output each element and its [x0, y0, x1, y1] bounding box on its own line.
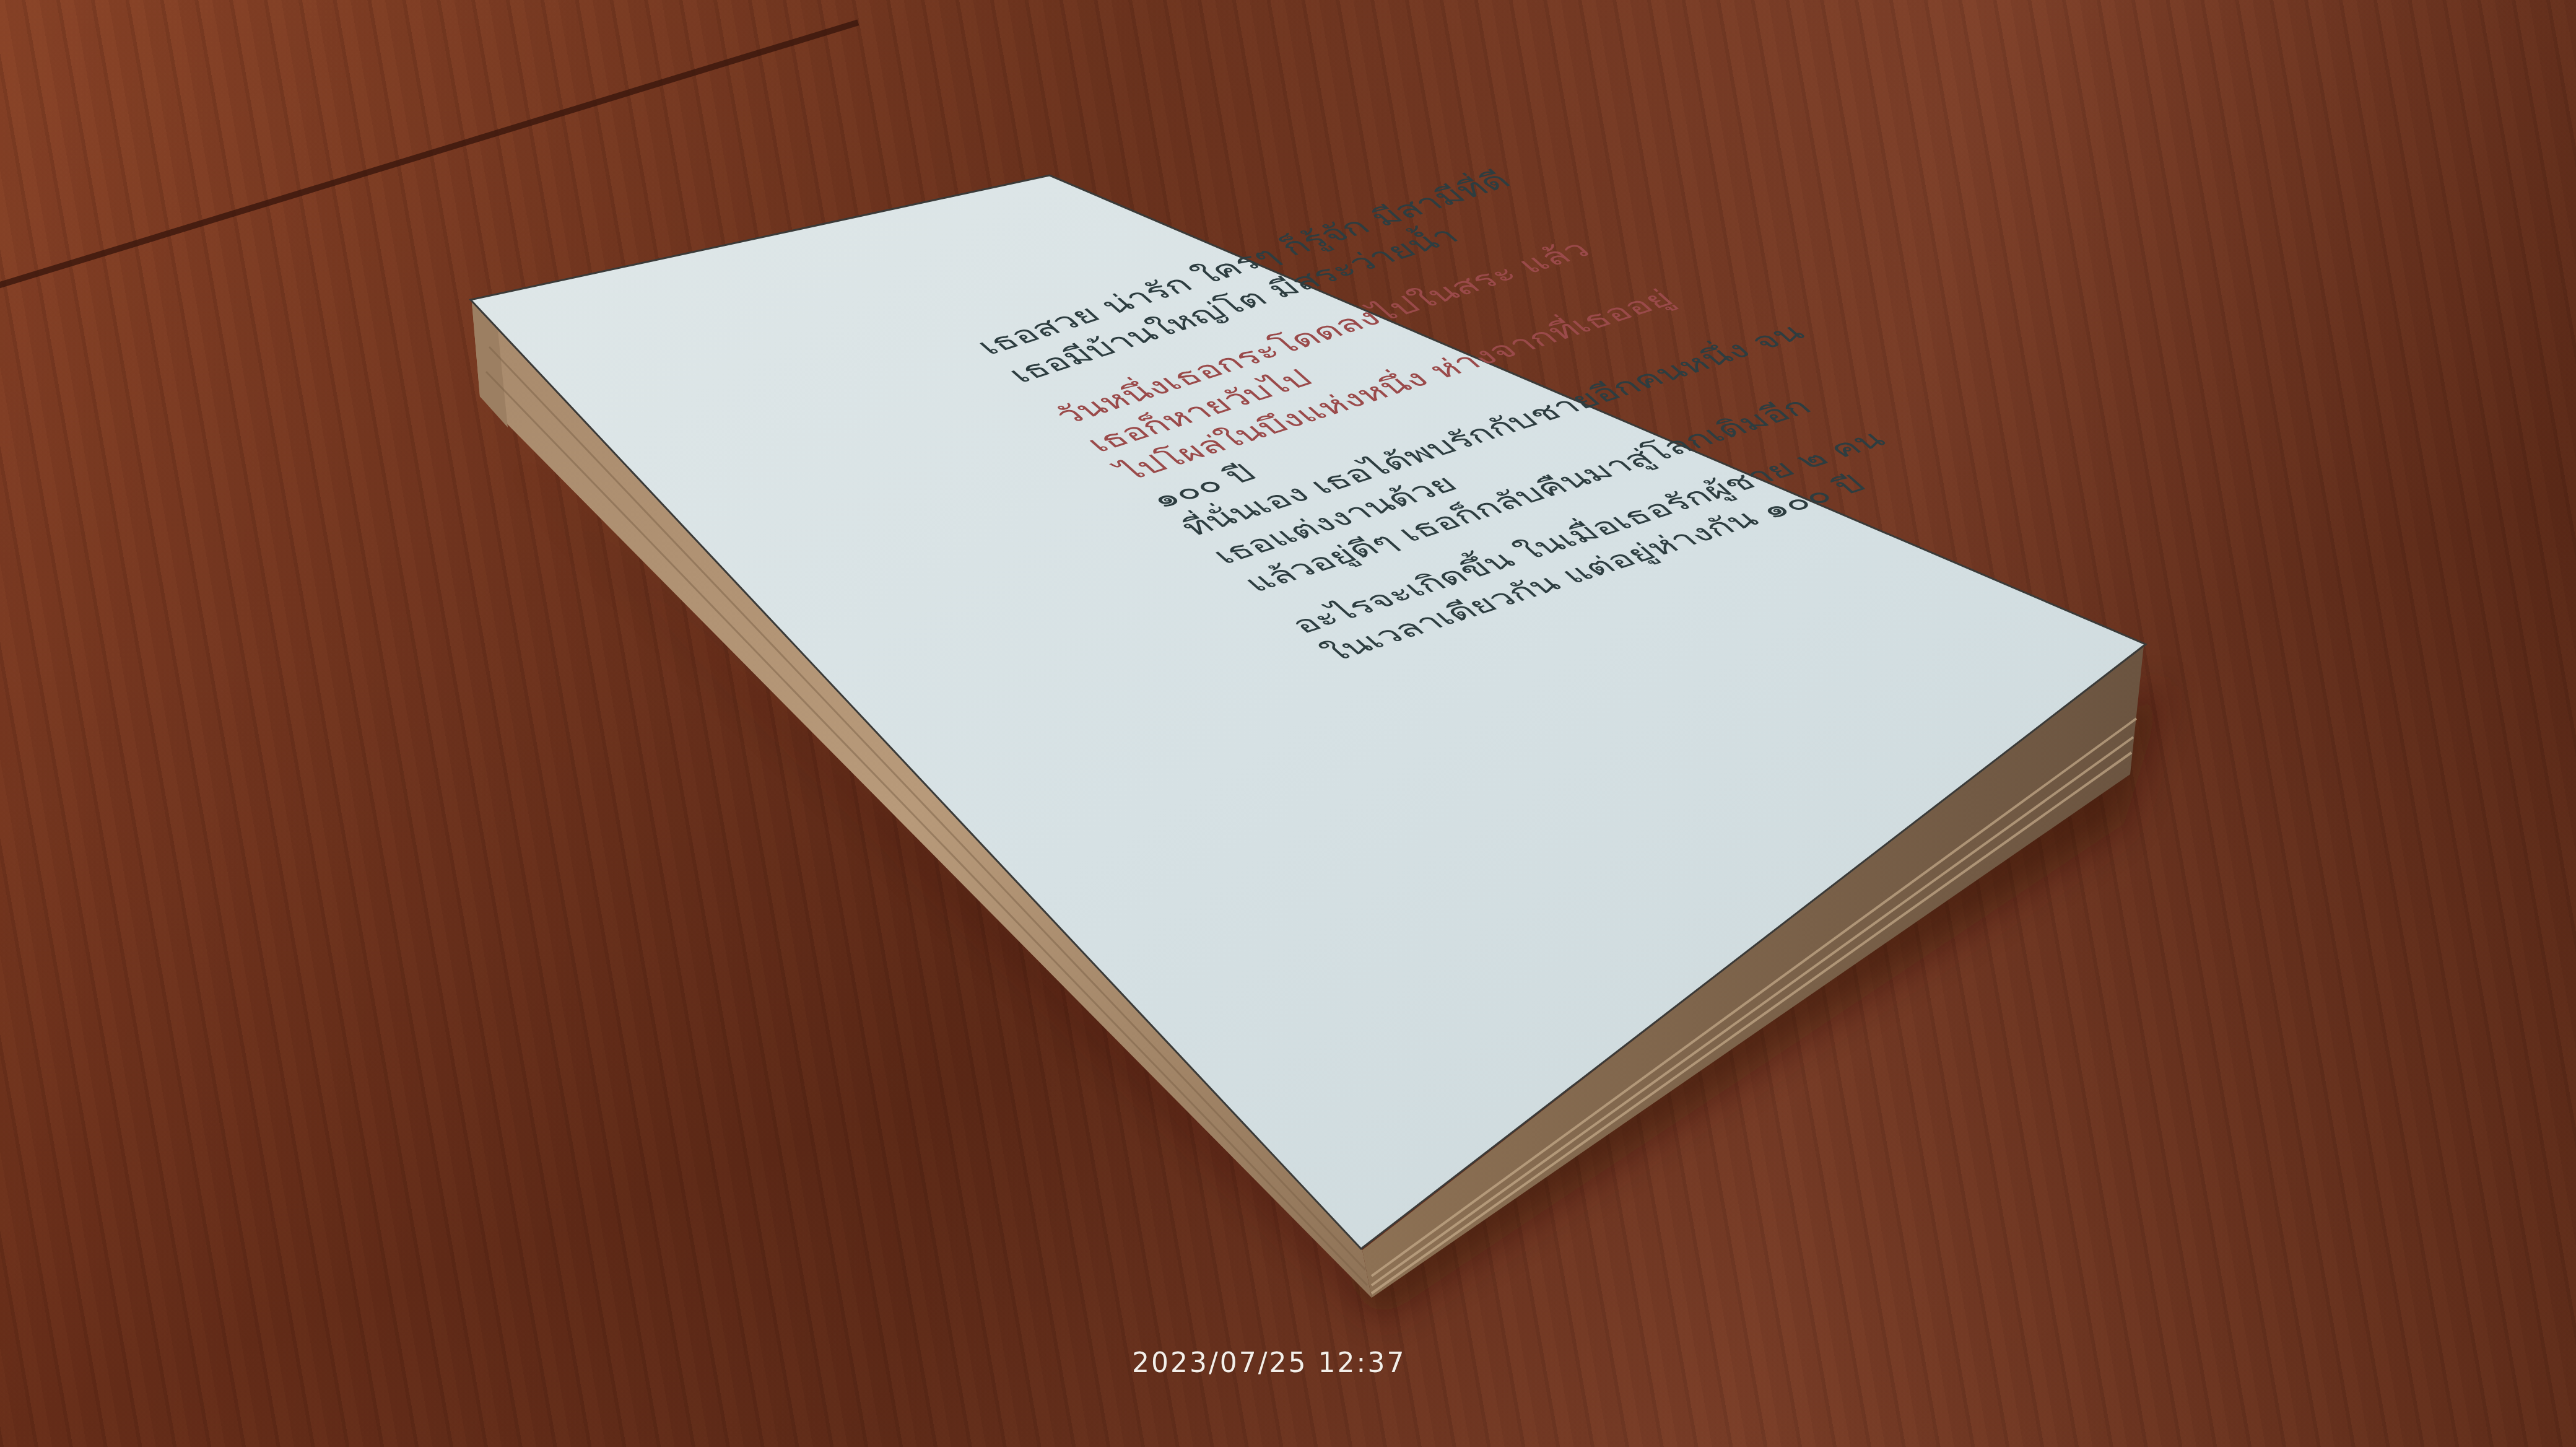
- book: [0, 0, 2576, 1447]
- photo-scene: เธอสวย น่ารัก ใครๆ ก็รู้จัก มีสามีที่ดี …: [0, 0, 2576, 1447]
- photo-timestamp: 2023/07/25 12:37: [1132, 1347, 1406, 1379]
